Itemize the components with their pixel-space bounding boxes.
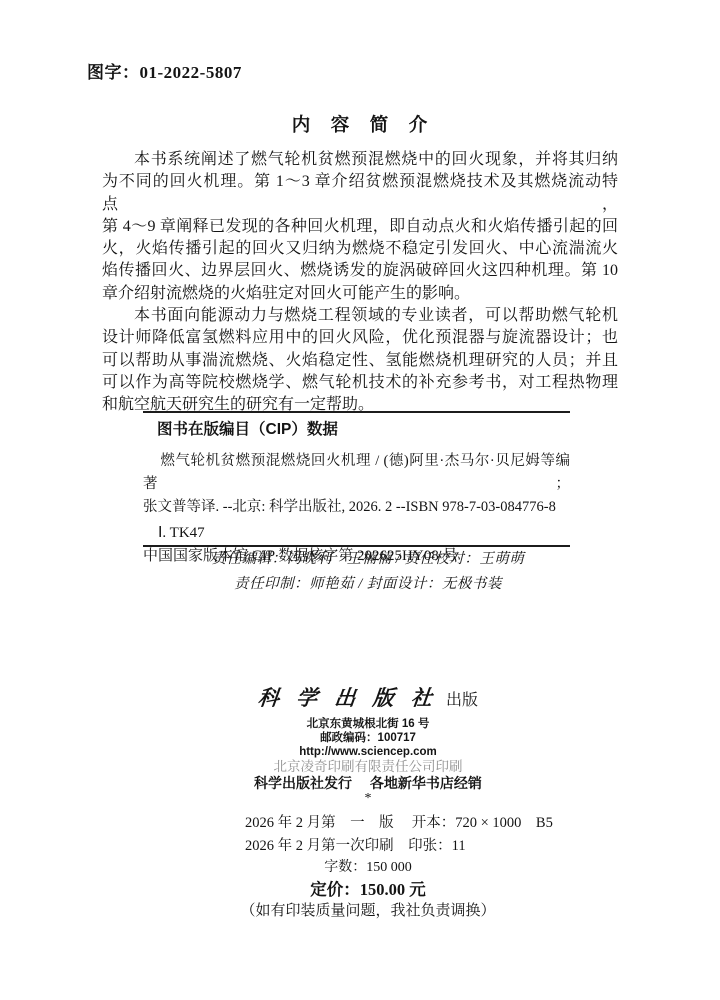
publisher-logo-line: 科 学 出 版 社 出版 (110, 685, 626, 714)
text-line: 焰传播回火、边界层回火、燃烧诱发的旋涡破碎回火这四种机理。第 10 (102, 260, 618, 282)
price: 定价：150.00 元 (110, 880, 626, 900)
text-line: 火，火焰传播引起的回火又归纳为燃烧不稳定引发回火、中心流湍流火 (102, 238, 618, 260)
text-line: 第 4～9 章阐释已发现的各种回火机理，即自动点火和火焰传播引起的回 (102, 216, 618, 238)
text-line: 章介绍射流燃烧的火焰驻定对回火可能产生的影响。 (102, 283, 618, 305)
cip-title: 图书在版编目（CIP）数据 (143, 420, 570, 439)
printing-cover-credit: 责任印制：师艳茹 / 封面设计：无极书装 (110, 576, 626, 593)
publisher-logo-script: 科 学 出 版 社 (257, 685, 440, 711)
text-line: 设计师降低富氢燃料应用中的回火风险，优化预混器与旋流器设计；也 (102, 327, 618, 349)
publisher-suffix-label: 出版 (446, 692, 478, 709)
printer-name: 北京凌奇印刷有限责任公司印刷 (110, 759, 626, 775)
text-line: 和航空航天研究生的研究有一定帮助。 (102, 394, 618, 416)
copyright-page: 图字：01-2022-5807 内 容 简 介 本书系统阐述了燃气轮机贫燃预混燃… (0, 0, 720, 1000)
publisher-postcode: 邮政编码：100717 (110, 731, 626, 745)
content-intro-body: 本书系统阐述了燃气轮机贫燃预混燃烧中的回火现象，并将其归纳为不同的回火机理。第 … (102, 149, 618, 417)
editor-proofreader-credit: 责任编辑：冯晓利 王楠楠 / 责任校对：王萌萌 (110, 551, 626, 568)
colophon: 科 学 出 版 社 出版 北京东黄城根北街 16 号 邮政编码：100717 h… (110, 685, 626, 921)
intro-paragraph-2: 本书面向能源动力与燃烧工程领域的专业读者，可以帮助燃气轮机设计师降低富氢燃料应用… (102, 305, 618, 416)
edition-info-line: 2026 年 2 月第 一 版 开本：720 × 1000 B5 (110, 813, 626, 833)
cip-classification-code: Ⅰ. TK47 (143, 523, 570, 543)
text-line: 燃气轮机贫燃预混燃烧回火机理 / (德)阿里·杰马尔·贝尼姆等编著； (143, 450, 570, 496)
text-line: 张文普等译. --北京: 科学出版社, 2026. 2 --ISBN 978-7… (143, 496, 570, 519)
content-intro-title: 内 容 简 介 (102, 111, 618, 137)
cip-bottom-rule (143, 545, 570, 547)
text-line: 本书面向能源动力与燃烧工程领域的专业读者，可以帮助燃气轮机 (102, 305, 618, 327)
text-line: 为不同的回火机理。第 1～3 章介绍贫燃预混燃烧技术及其燃烧流动特点， (102, 171, 618, 216)
word-count: 字数：150 000 (110, 860, 626, 876)
separator-asterisk: * (110, 793, 626, 805)
quality-notice: （如有印装质量问题，我社负责调换） (110, 901, 626, 921)
staff-credits: 责任编辑：冯晓利 王楠楠 / 责任校对：王萌萌 责任印制：师艳茹 / 封面设计：… (110, 551, 626, 601)
distribution-line: 科学出版社发行 各地新华书店经销 (110, 775, 626, 791)
text-line: 本书系统阐述了燃气轮机贫燃预混燃烧中的回火现象，并将其归纳 (102, 149, 618, 171)
text-line: 可以帮助从事湍流燃烧、火焰稳定性、氢能燃烧机理研究的人员；并且 (102, 350, 618, 372)
printing-info-line: 2026 年 2 月第一次印刷 印张：11 (110, 836, 626, 856)
text-line: 可以作为高等院校燃烧学、燃气轮机技术的补充参考书，对工程热物理 (102, 372, 618, 394)
cip-top-rule (143, 411, 570, 413)
publisher-address: 北京东黄城根北街 16 号 (110, 717, 626, 731)
cip-record: 燃气轮机贫燃预混燃烧回火机理 / (德)阿里·杰马尔·贝尼姆等编著；张文普等译.… (143, 450, 570, 519)
book-registration-number: 图字：01-2022-5807 (87, 58, 242, 83)
intro-paragraph-1: 本书系统阐述了燃气轮机贫燃预混燃烧中的回火现象，并将其归纳为不同的回火机理。第 … (102, 149, 618, 305)
publisher-website: http://www.sciencep.com (110, 745, 626, 759)
